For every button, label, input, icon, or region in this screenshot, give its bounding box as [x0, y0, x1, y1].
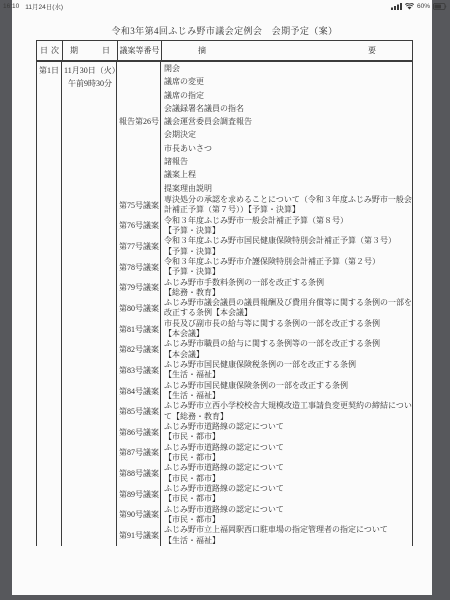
table-row: 第82号議案ふじみ野市職員の給与に関する条例等の一部を改正する条例【本会議】 — [117, 339, 412, 360]
summary-cell: ふじみ野市立上福岡駅西口駐車場の指定管理者の指定について【生活・福祉】 — [161, 525, 412, 546]
battery-icon — [433, 3, 447, 10]
summary-line: ふじみ野市議会議員の議員報酬及び費用弁償等に関する条例の一部を — [164, 298, 412, 308]
summary-cell: 令和３年度ふじみ野市国民健康保険特別会計補正予算（第３号）【予算・決算】 — [161, 236, 412, 257]
bill-number-cell: 第87号議案 — [117, 443, 161, 464]
summary-line: 議会運営委員会調査報告 — [164, 115, 412, 128]
summary-cell: ふじみ野市道路線の認定について【市民・都市】 — [161, 505, 412, 526]
wifi-icon — [405, 3, 414, 10]
summary-line: ふじみ野市国民健康保険条例の一部を改正する条例 — [164, 381, 412, 391]
bill-number-cell: 第76号議案 — [117, 216, 161, 237]
bill-number-cell: 第80号議案 — [117, 298, 161, 319]
cellular-signal-icon — [391, 3, 402, 10]
schedule-table: 日次 期日 議案等番号 摘要 第1日 11月30日（火） 午前9時30分 開会議… — [36, 40, 413, 546]
header-day: 日次 — [37, 41, 63, 60]
summary-cell: 開会 — [161, 62, 412, 75]
header-bill-number: 議案等番号 — [118, 41, 162, 60]
table-row: 諸報告 — [117, 155, 412, 168]
summary-line: 専決処分の承認を求めることについて（令和３年度ふじみ野市一般会 — [164, 195, 412, 205]
table-row: 第86号議案ふじみ野市道路線の認定について【市民・都市】 — [117, 422, 412, 443]
summary-cell: 会議録署名議員の指名 — [161, 102, 412, 115]
summary-cell: ふじみ野市国民健康保険税条例の一部を改正する条例【生活・福祉】 — [161, 360, 412, 381]
summary-line: ふじみ野市道路線の認定について — [164, 505, 412, 515]
table-row: 第75号議案専決処分の承認を求めることについて（令和３年度ふじみ野市一般会計補正… — [117, 195, 412, 216]
table-row: 提案理由説明 — [117, 182, 412, 195]
bill-number-cell — [117, 75, 161, 88]
bill-number-cell: 第85号議案 — [117, 401, 161, 422]
table-row: 第84号議案ふじみ野市国民健康保険条例の一部を改正する条例【生活・福祉】 — [117, 381, 412, 402]
summary-cell: ふじみ野市議会議員の議員報酬及び費用弁償等に関する条例の一部を改正する条例【本会… — [161, 298, 412, 319]
table-row: 市長あいさつ — [117, 142, 412, 155]
summary-line: ふじみ野市立上福岡駅西口駐車場の指定管理者の指定について — [164, 525, 412, 535]
summary-line: ふじみ野市道路線の認定について — [164, 463, 412, 473]
bill-number-cell — [117, 168, 161, 181]
summary-line: 令和３年度ふじみ野市一般会計補正予算（第８号） — [164, 216, 412, 226]
table-row: 第81号議案市長及び副市長の給与等に関する条例の一部を改正する条例【本会議】 — [117, 319, 412, 340]
summary-cell: 提案理由説明 — [161, 182, 412, 195]
summary-cell: ふじみ野市道路線の認定について【市民・都市】 — [161, 422, 412, 443]
summary-line: 市長あいさつ — [164, 142, 412, 155]
table-row: 報告第26号議会運営委員会調査報告 — [117, 115, 412, 128]
bill-number-cell: 第81号議案 — [117, 319, 161, 340]
summary-line: 【市民・都市】 — [164, 453, 412, 463]
summary-line: 【市民・都市】 — [164, 474, 412, 484]
summary-cell: 令和３年度ふじみ野市一般会計補正予算（第８号）【予算・決算】 — [161, 216, 412, 237]
summary-cell: 議席の変更 — [161, 75, 412, 88]
summary-line: ふじみ野市立西小学校校舎大規模改造工事請負変更契約の締結につい — [164, 401, 412, 411]
summary-line: 【本会議】 — [164, 350, 412, 360]
table-row: 議席の変更 — [117, 75, 412, 88]
bill-number-cell: 第79号議案 — [117, 278, 161, 299]
summary-cell: 市長あいさつ — [161, 142, 412, 155]
date-cell: 11月30日（火） 午前9時30分 — [62, 62, 117, 546]
status-right: 60% — [391, 3, 447, 10]
bill-number-cell: 第91号議案 — [117, 525, 161, 546]
bill-number-cell: 第78号議案 — [117, 257, 161, 278]
summary-line: 会期決定 — [164, 128, 412, 141]
summary-cell: ふじみ野市国民健康保険条例の一部を改正する条例【生活・福祉】 — [161, 381, 412, 402]
summary-line: ふじみ野市道路線の認定について — [164, 443, 412, 453]
table-row: 会議録署名議員の指名 — [117, 102, 412, 115]
table-row: 第76号議案令和３年度ふじみ野市一般会計補正予算（第８号）【予算・決算】 — [117, 216, 412, 237]
bill-number-cell: 第86号議案 — [117, 422, 161, 443]
summary-cell: ふじみ野市手数料条例の一部を改正する条例【総務・教育】 — [161, 278, 412, 299]
bill-number-cell — [117, 142, 161, 155]
summary-cell: ふじみ野市道路線の認定について【市民・都市】 — [161, 484, 412, 505]
summary-line: 諸報告 — [164, 155, 412, 168]
summary-line: 開会 — [164, 62, 412, 75]
table-row: 第88号議案ふじみ野市道路線の認定について【市民・都市】 — [117, 463, 412, 484]
summary-line: 【市民・都市】 — [164, 432, 412, 442]
bill-number-cell: 第75号議案 — [117, 195, 161, 216]
header-date: 期日 — [63, 41, 118, 60]
table-row: 第85号議案ふじみ野市立西小学校校舎大規模改造工事請負変更契約の締結について【総… — [117, 401, 412, 422]
summary-line: 改正する条例【本会議】 — [164, 308, 412, 318]
header-summary: 摘要 — [162, 41, 412, 60]
device-screen: 令和3年第4回ふじみ野市議会定例会 会期予定（案） 日次 期日 議案等番号 摘要… — [0, 0, 450, 600]
summary-line: 【予算・決算】 — [164, 267, 412, 277]
table-row: 第91号議案ふじみ野市立上福岡駅西口駐車場の指定管理者の指定について【生活・福祉… — [117, 525, 412, 546]
table-body-rows: 開会議席の変更議席の指定会議録署名議員の指名報告第26号議会運営委員会調査報告会… — [117, 62, 412, 546]
document-page[interactable]: 令和3年第4回ふじみ野市議会定例会 会期予定（案） 日次 期日 議案等番号 摘要… — [12, 0, 432, 595]
status-bar: 16:10 11月24日(水) 60% — [0, 0, 450, 12]
document-title: 令和3年第4回ふじみ野市議会定例会 会期予定（案） — [36, 24, 413, 37]
summary-line: ふじみ野市道路線の認定について — [164, 422, 412, 432]
table-row: 第78号議案令和３年度ふじみ野市介護保険特別会計補正予算（第２号）【予算・決算】 — [117, 257, 412, 278]
summary-line: 【市民・都市】 — [164, 515, 412, 525]
summary-line: ふじみ野市職員の給与に関する条例等の一部を改正する条例 — [164, 339, 412, 349]
summary-line: 議席の指定 — [164, 89, 412, 102]
table-row: 第87号議案ふじみ野市道路線の認定について【市民・都市】 — [117, 443, 412, 464]
summary-line: 提案理由説明 — [164, 182, 412, 195]
bill-number-cell — [117, 155, 161, 168]
summary-line: ふじみ野市国民健康保険税条例の一部を改正する条例 — [164, 360, 412, 370]
summary-cell: ふじみ野市道路線の認定について【市民・都市】 — [161, 463, 412, 484]
bill-number-cell: 第77号議案 — [117, 236, 161, 257]
date-line: 11月30日（火） — [62, 64, 116, 77]
summary-cell: 専決処分の承認を求めることについて（令和３年度ふじみ野市一般会計補正予算（第７号… — [161, 195, 412, 216]
table-row: 第89号議案ふじみ野市道路線の認定について【市民・都市】 — [117, 484, 412, 505]
summary-line: 議案上程 — [164, 168, 412, 181]
battery-percent: 60% — [417, 3, 430, 10]
bill-number-cell: 第82号議案 — [117, 339, 161, 360]
summary-line: 【市民・都市】 — [164, 494, 412, 504]
bill-number-cell — [117, 128, 161, 141]
summary-line: て【総務・教育】 — [164, 412, 412, 422]
summary-line: 【生活・福祉】 — [164, 391, 412, 401]
summary-cell: ふじみ野市職員の給与に関する条例等の一部を改正する条例【本会議】 — [161, 339, 412, 360]
bill-number-cell: 第90号議案 — [117, 505, 161, 526]
summary-line: 【生活・福祉】 — [164, 536, 412, 546]
time-line: 午前9時30分 — [62, 77, 116, 90]
bill-number-cell — [117, 89, 161, 102]
summary-line: 【総務・教育】 — [164, 288, 412, 298]
table-row: 第79号議案ふじみ野市手数料条例の一部を改正する条例【総務・教育】 — [117, 278, 412, 299]
summary-line: 【予算・決算】 — [164, 226, 412, 236]
status-time: 16:10 — [3, 3, 19, 10]
bill-number-cell — [117, 182, 161, 195]
table-row: 第77号議案令和３年度ふじみ野市国民健康保険特別会計補正予算（第３号）【予算・決… — [117, 236, 412, 257]
status-date: 11月24日(水) — [25, 2, 63, 11]
summary-cell: 諸報告 — [161, 155, 412, 168]
table-row: 会期決定 — [117, 128, 412, 141]
summary-line: 議席の変更 — [164, 75, 412, 88]
summary-line: 令和３年度ふじみ野市介護保険特別会計補正予算（第２号） — [164, 257, 412, 267]
table-row: 第80号議案ふじみ野市議会議員の議員報酬及び費用弁償等に関する条例の一部を改正す… — [117, 298, 412, 319]
table-row: 開会 — [117, 62, 412, 75]
summary-cell: 会期決定 — [161, 128, 412, 141]
summary-line: 計補正予算（第７号））【予算・決算】 — [164, 205, 412, 215]
summary-cell: 議案上程 — [161, 168, 412, 181]
bill-number-cell: 第83号議案 — [117, 360, 161, 381]
bill-number-cell: 第88号議案 — [117, 463, 161, 484]
bill-number-cell: 第84号議案 — [117, 381, 161, 402]
table-header-row: 日次 期日 議案等番号 摘要 — [37, 41, 412, 62]
summary-cell: 議会運営委員会調査報告 — [161, 115, 412, 128]
summary-line: 市長及び副市長の給与等に関する条例の一部を改正する条例 — [164, 319, 412, 329]
summary-line: ふじみ野市手数料条例の一部を改正する条例 — [164, 278, 412, 288]
summary-line: 【生活・福祉】 — [164, 370, 412, 380]
summary-cell: 令和３年度ふじみ野市介護保険特別会計補正予算（第２号）【予算・決算】 — [161, 257, 412, 278]
table-row: 第90号議案ふじみ野市道路線の認定について【市民・都市】 — [117, 505, 412, 526]
bill-number-cell: 第89号議案 — [117, 484, 161, 505]
summary-cell: 市長及び副市長の給与等に関する条例の一部を改正する条例【本会議】 — [161, 319, 412, 340]
bill-number-cell — [117, 62, 161, 75]
table-row: 議席の指定 — [117, 89, 412, 102]
bill-number-cell: 報告第26号 — [117, 115, 161, 128]
bill-number-cell — [117, 102, 161, 115]
table-row: 第83号議案ふじみ野市国民健康保険税条例の一部を改正する条例【生活・福祉】 — [117, 360, 412, 381]
day-cell: 第1日 — [37, 62, 62, 546]
summary-cell: 議席の指定 — [161, 89, 412, 102]
summary-line: 令和３年度ふじみ野市国民健康保険特別会計補正予算（第３号） — [164, 236, 412, 246]
summary-cell: ふじみ野市道路線の認定について【市民・都市】 — [161, 443, 412, 464]
summary-cell: ふじみ野市立西小学校校舎大規模改造工事請負変更契約の締結について【総務・教育】 — [161, 401, 412, 422]
summary-line: 会議録署名議員の指名 — [164, 102, 412, 115]
summary-line: 【予算・決算】 — [164, 247, 412, 257]
summary-line: ふじみ野市道路線の認定について — [164, 484, 412, 494]
status-left: 16:10 11月24日(水) — [3, 2, 63, 11]
table-body: 第1日 11月30日（火） 午前9時30分 開会議席の変更議席の指定会議録署名議… — [37, 62, 412, 546]
table-row: 議案上程 — [117, 168, 412, 181]
summary-line: 【本会議】 — [164, 329, 412, 339]
